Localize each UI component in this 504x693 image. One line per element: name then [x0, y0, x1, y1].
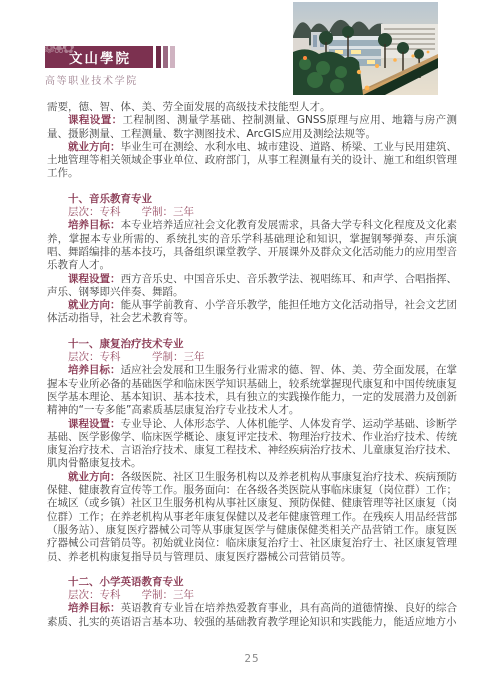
paragraph-label: 课程设置： — [68, 418, 121, 430]
paragraph-label: 培养目标： — [68, 364, 121, 376]
section-title: 十二、小学英语教育专业 — [47, 576, 457, 589]
paragraph-employment: 就业方向：各级医院、社区卫生服务机构以及养老机构从事康复治疗技术、疾病预防保健、… — [47, 471, 457, 564]
paragraph-curriculum: 课程设置：工程制图、测量学基础、控制测量、GNSS原理与应用、地籍与房产测量、摄… — [47, 114, 457, 141]
section-meta: 层次：专科 学制：三年 — [47, 351, 457, 364]
paragraph-label: 培养目标： — [68, 602, 121, 614]
paragraph-curriculum: 课程设置：西方音乐史、中国音乐史、音乐教学法、视唱练耳、和声学、合唱指挥、声乐、… — [47, 273, 457, 300]
school-logo: ❁❀✿ 文山學院 — [45, 46, 177, 68]
section-rehabilitation-therapy: 十一、康复治疗技术专业 层次：专科 学制：三年 培养目标：适应社会发展和卫生服务… — [47, 338, 457, 564]
section-meta: 层次：专科 学制：三年 — [47, 206, 457, 219]
section-title: 十一、康复治疗技术专业 — [47, 338, 457, 351]
paragraph-label: 就业方向： — [68, 141, 121, 153]
catalog-page: ❁❀✿ 文山學院 高等职业技术学院 — [0, 0, 504, 693]
paragraph-label: 就业方向： — [68, 299, 121, 311]
paragraph-label: 课程设置： — [68, 273, 121, 285]
paragraph-employment: 就业方向：能从事学前教育、小学音乐教学，能担任地方文化活动指导，社会文艺团体活动… — [47, 299, 457, 326]
paragraph-goal: 培养目标：本专业培养适应社会文化教育发展需求，具备大学专科文化程度及文化素养，掌… — [47, 219, 457, 272]
floral-pattern-icon: ❁❀✿ — [45, 46, 69, 55]
paragraph-text: 各级医院、社区卫生服务机构以及养老机构从事康复治疗技术、疾病预防保健、健康教育宣… — [47, 471, 457, 563]
logo-accent-bars — [156, 46, 177, 68]
accent-bar-light — [170, 46, 175, 68]
school-brand: ❁❀✿ 文山學院 高等职业技术学院 — [45, 46, 177, 87]
paragraph-goal: 培养目标：适应社会发展和卫生服务行业需求的德、智、体、美、劳全面发展，在掌握本专… — [47, 364, 457, 417]
accent-bar-medium — [163, 46, 168, 68]
paragraph-label: 培养目标： — [68, 219, 121, 231]
continuation-line: 需要，德、智、体、美、劳全面发展的高级技术技能型人才。 — [47, 101, 457, 114]
section-title: 十、音乐教育专业 — [47, 193, 457, 206]
logo-title: 文山學院 — [69, 47, 131, 67]
paragraph-curriculum: 课程设置：专业导论、人体形态学、人体机能学、人体发育学、运动学基础、诊断学基础、… — [47, 418, 457, 471]
accent-bar-dark — [156, 46, 161, 68]
paragraph-label: 就业方向： — [68, 471, 121, 483]
campus-dusk-photo — [293, 2, 438, 95]
page-number: 25 — [0, 652, 504, 665]
paragraph-label: 课程设置： — [68, 114, 123, 126]
paragraph-goal: 培养目标：英语教育专业旨在培养热爱教育事业，具有高尚的道德情操、良好的综合素质、… — [47, 602, 457, 629]
section-music-education: 十、音乐教育专业 层次：专科 学制：三年 培养目标：本专业培养适应社会文化教育发… — [47, 193, 457, 326]
page-body: 需要，德、智、体、美、劳全面发展的高级技术技能型人才。 课程设置：工程制图、测量… — [47, 101, 457, 629]
logo-banner: ❁❀✿ 文山學院 — [45, 46, 153, 68]
paragraph-employment: 就业方向：毕业生可在测绘、水利水电、城市建设、道路、桥梁、工业与民用建筑、土地管… — [47, 141, 457, 181]
section-meta: 层次：专科 学制：三年 — [47, 589, 457, 602]
logo-subtitle: 高等职业技术学院 — [45, 72, 177, 87]
section-english-education: 十二、小学英语教育专业 层次：专科 学制：三年 培养目标：英语教育专业旨在培养热… — [47, 576, 457, 629]
